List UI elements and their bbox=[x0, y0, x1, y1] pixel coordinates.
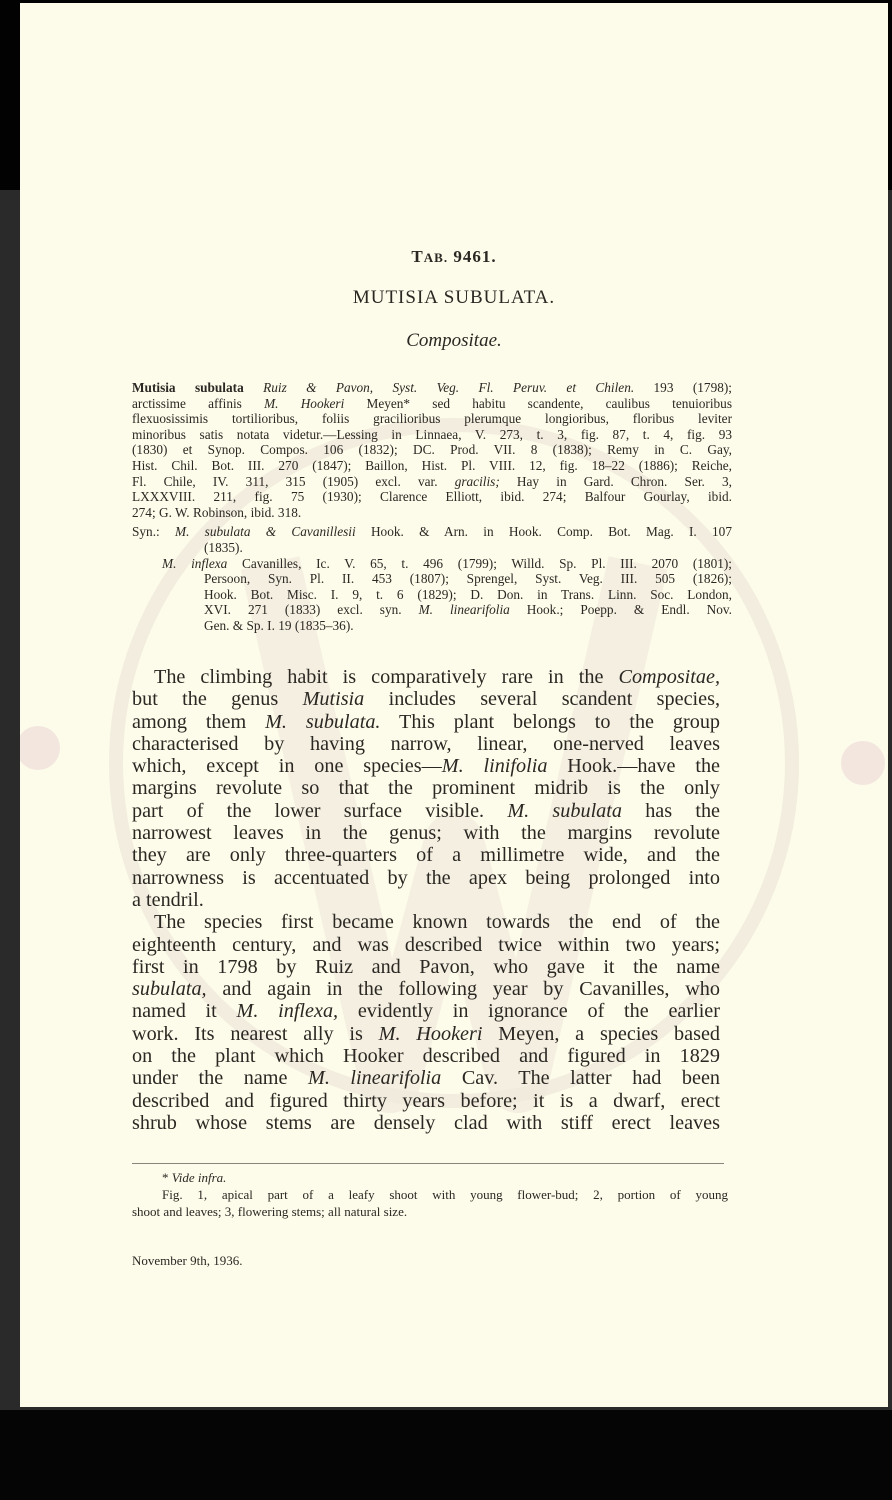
text-line: (1830) et Synop. Compos. 106 (1832); DC.… bbox=[132, 442, 732, 458]
body-line: subulata, and again in the following yea… bbox=[132, 978, 720, 1000]
text-line: XVI. 271 (1833) excl. syn. M. linearifol… bbox=[132, 602, 732, 618]
synonym-1: Syn.: M. subulata & Cavanillesii Hook. &… bbox=[132, 524, 732, 555]
text-line: M. inflexa Cavanilles, Ic. V. 65, t. 496… bbox=[132, 556, 732, 572]
body-line: but the genus Mutisia includes several s… bbox=[132, 688, 720, 710]
body-line: under the name M. linearifolia Cav. The … bbox=[132, 1067, 720, 1089]
body-line: which, except in one species—M. linifoli… bbox=[132, 755, 720, 777]
body-line: first in 1798 by Ruiz and Pavon, who gav… bbox=[132, 956, 720, 978]
text-line: flexuosissimis tortilioribus, foliis gra… bbox=[132, 411, 732, 427]
body-line: work. Its nearest ally is M. Hookeri Mey… bbox=[132, 1023, 720, 1045]
body-line: described and figured thirty years befor… bbox=[132, 1090, 720, 1112]
body-line: they are only three-quarters of a millim… bbox=[132, 844, 720, 866]
body-line: The climbing habit is comparatively rare… bbox=[132, 666, 720, 688]
synonym-2: M. inflexa Cavanilles, Ic. V. 65, t. 496… bbox=[132, 556, 732, 634]
footnote-star: * Vide infra. bbox=[132, 1169, 728, 1186]
body-line: margins revolute so that the prominent m… bbox=[132, 777, 720, 799]
text-line: Mutisia subulata Ruiz & Pavon, Syst. Veg… bbox=[132, 380, 732, 396]
publication-date: November 9th, 1936. bbox=[132, 1253, 242, 1269]
references-main: Mutisia subulata Ruiz & Pavon, Syst. Veg… bbox=[132, 380, 732, 520]
synonyms: Syn.: M. subulata & Cavanillesii Hook. &… bbox=[132, 524, 732, 633]
body-line: part of the lower surface visible. M. su… bbox=[132, 800, 720, 822]
family-name: Compositae. bbox=[20, 330, 888, 352]
text-line: Hist. Chil. Bot. III. 270 (1847); Baillo… bbox=[132, 458, 732, 474]
text-line: (1835). bbox=[132, 540, 732, 556]
body-line: eighteenth century, and was described tw… bbox=[132, 934, 720, 956]
body-line: narrowest leaves in the genus; with the … bbox=[132, 822, 720, 844]
body-line: on the plant which Hooker described and … bbox=[132, 1045, 720, 1067]
body-line: shrub whose stems are densely clad with … bbox=[132, 1112, 720, 1134]
figure-caption-line2: shoot and leaves; 3, flowering stems; al… bbox=[132, 1203, 728, 1220]
text-line: Gen. & Sp. I. 19 (1835–36). bbox=[132, 618, 732, 634]
footnotes: * Vide infra. Fig. 1, apical part of a l… bbox=[132, 1169, 728, 1220]
text-line: LXXXVIII. 211, fig. 75 (1930); Clarence … bbox=[132, 489, 732, 505]
body-text: The climbing habit is comparatively rare… bbox=[132, 666, 720, 1134]
references-block: Mutisia subulata Ruiz & Pavon, Syst. Veg… bbox=[132, 380, 732, 634]
text-line: minoribus satis notata videtur.—Lessing … bbox=[132, 427, 732, 443]
body-line: narrowness is accentuated by the apex be… bbox=[132, 867, 720, 889]
body-line: The species first became known towards t… bbox=[132, 911, 720, 933]
body-line: among them M. subulata. This plant belon… bbox=[132, 711, 720, 733]
text-line: Persoon, Syn. Pl. II. 453 (1807); Spreng… bbox=[132, 571, 732, 587]
species-title: MUTISIA SUBULATA. bbox=[20, 287, 888, 309]
footnote-divider bbox=[132, 1163, 724, 1164]
plate-number: TAB. 9461. bbox=[20, 247, 888, 267]
text-line: Hook. Bot. Misc. I. 9, t. 6 (1829); D. D… bbox=[132, 587, 732, 603]
figure-caption-line1: Fig. 1, apical part of a leafy shoot wit… bbox=[132, 1186, 728, 1203]
text-line: 274; G. W. Robinson, ibid. 318. bbox=[132, 505, 732, 521]
syn-label: Syn.: bbox=[132, 524, 175, 539]
body-line: characterised by having narrow, linear, … bbox=[132, 733, 720, 755]
body-line: a tendril. bbox=[132, 889, 720, 911]
document-page: TAB. 9461. MUTISIA SUBULATA. Compositae.… bbox=[20, 3, 888, 1407]
body-line: named it M. inflexa, evidently in ignora… bbox=[132, 1000, 720, 1022]
text-line: Syn.: M. subulata & Cavanillesii Hook. &… bbox=[132, 524, 732, 540]
text-line: Fl. Chile, IV. 311, 315 (1905) excl. var… bbox=[132, 474, 732, 490]
text-line: arctissime affinis M. Hookeri Meyen* sed… bbox=[132, 396, 732, 412]
